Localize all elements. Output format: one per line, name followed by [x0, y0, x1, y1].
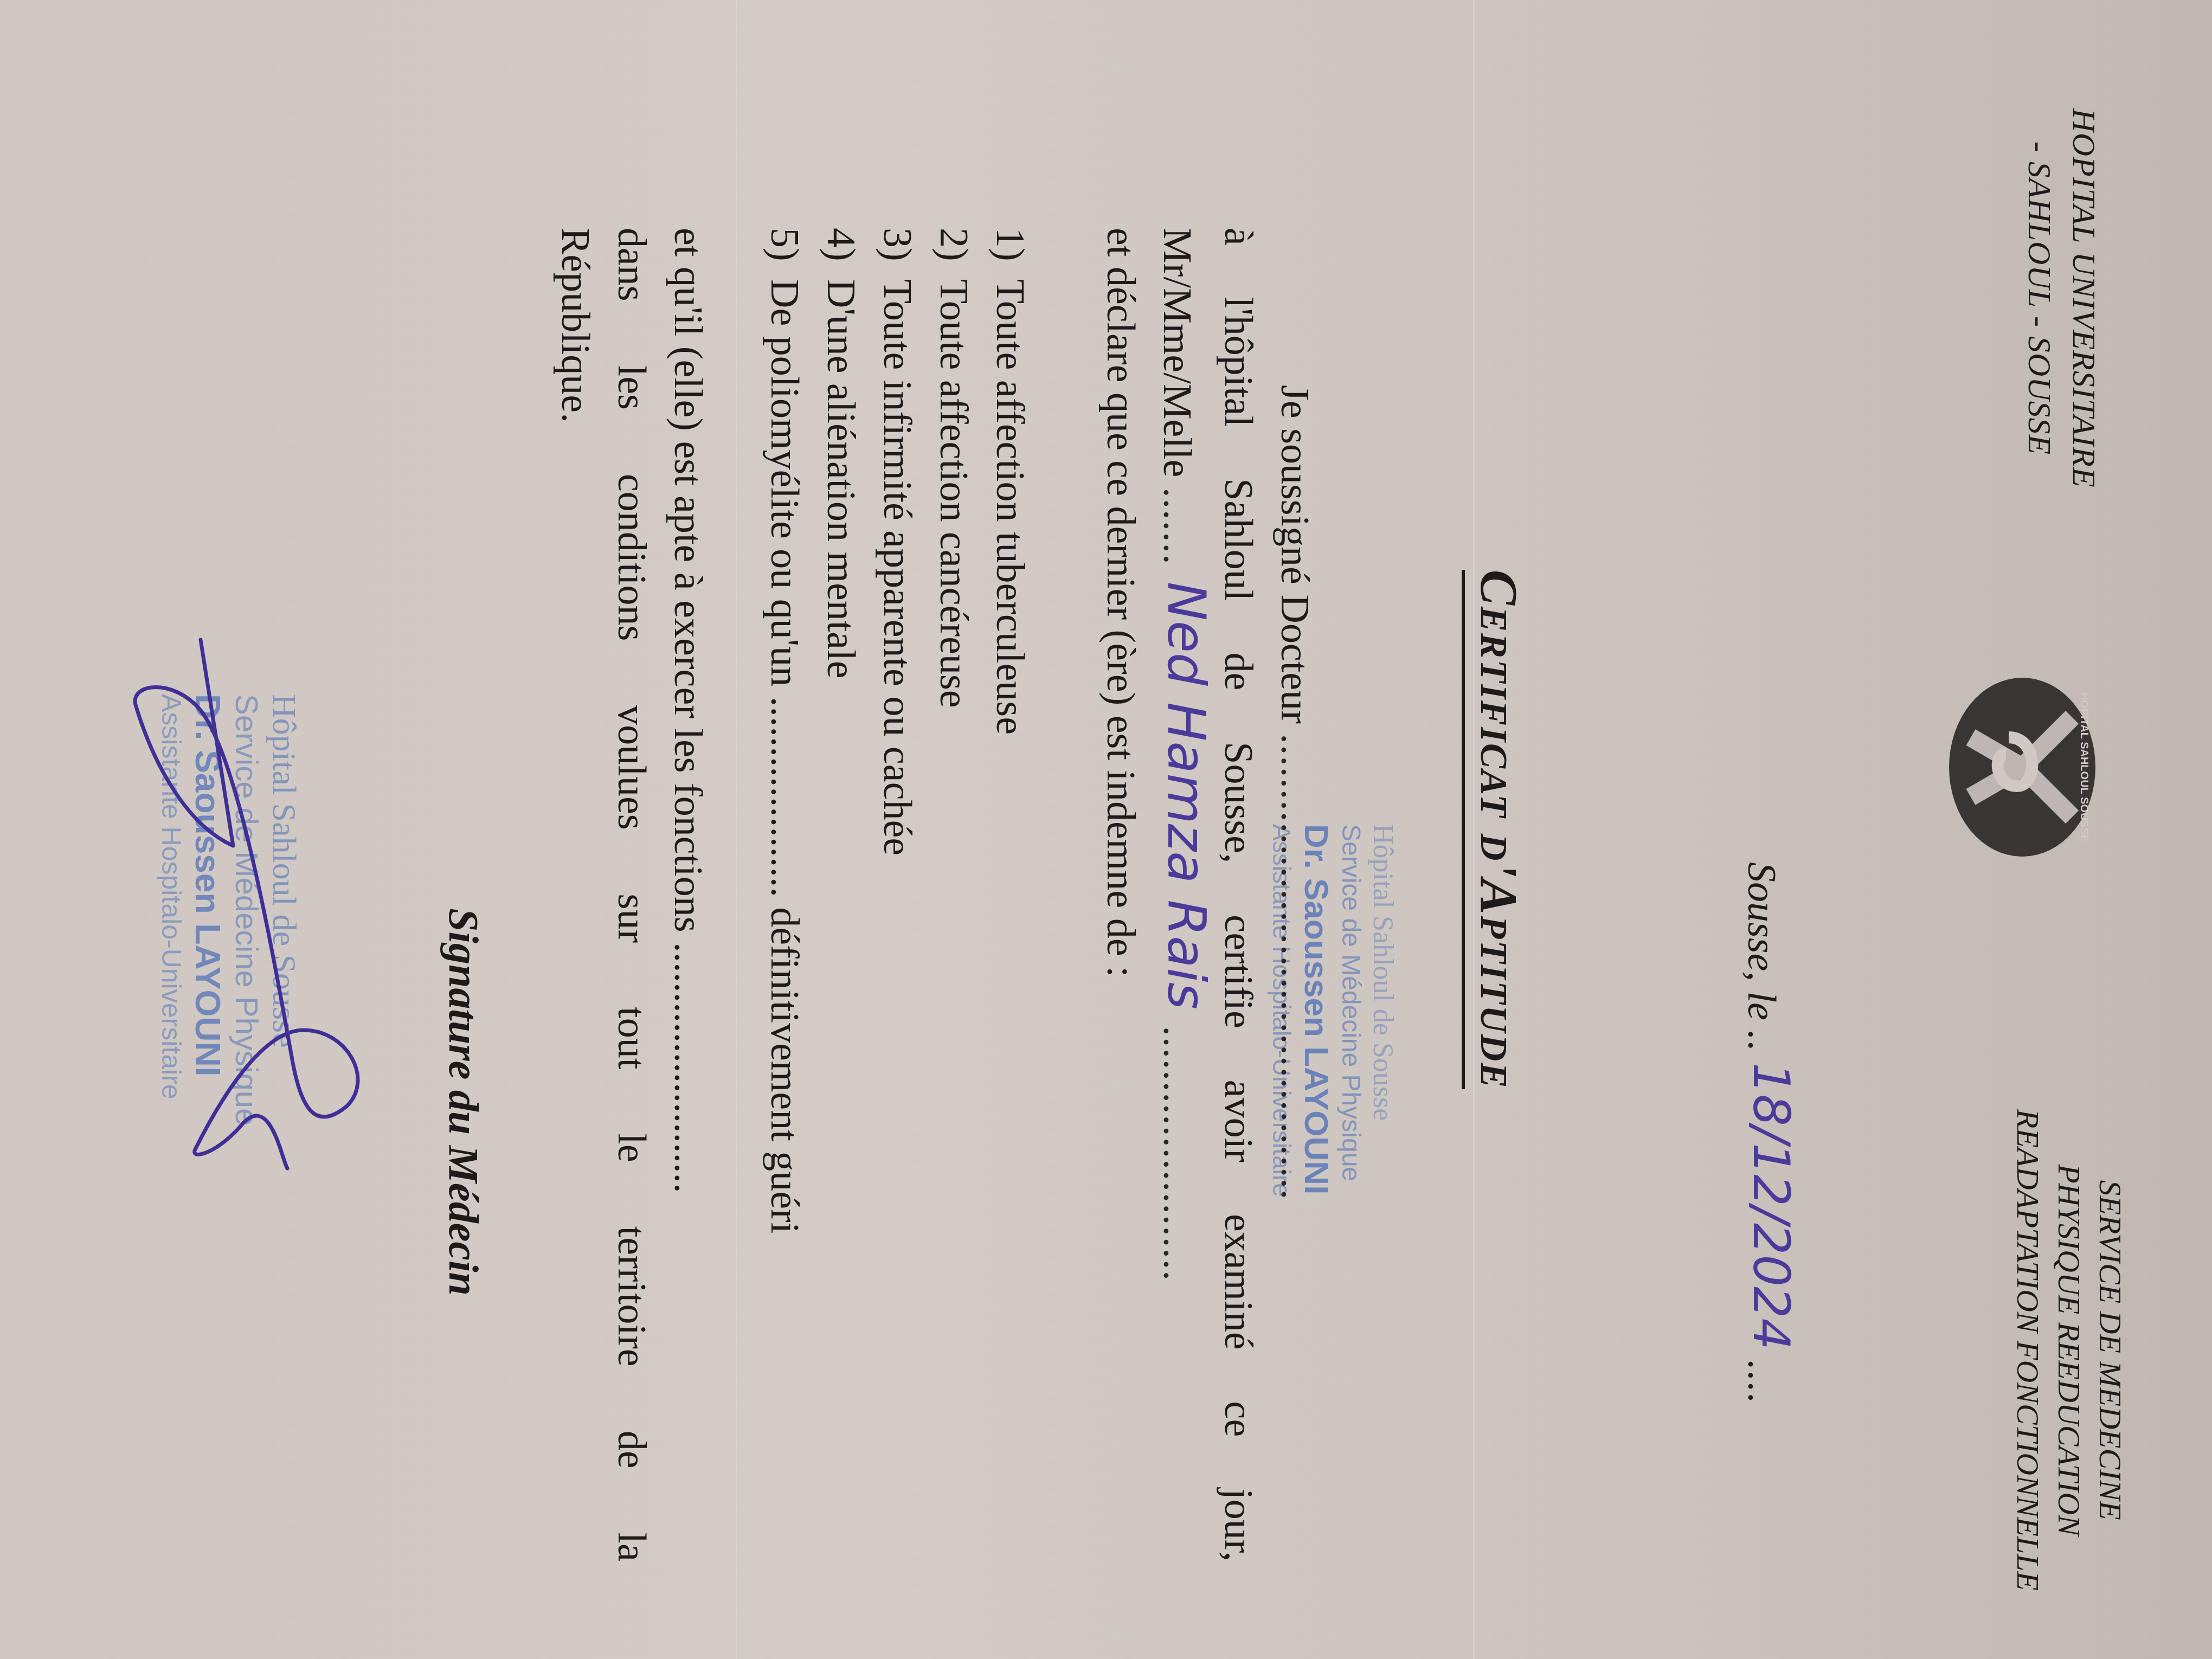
- hospital-name-line: - SAHLOUL - SOUSSE: [2017, 76, 2062, 520]
- patient-label: Mr/Mme/Melle: [1155, 228, 1199, 477]
- condition-number: 3): [869, 228, 925, 279]
- patient-field-dots: .......: [1155, 487, 1199, 565]
- stamp-hospital: Hôpital Sahloul de Sousse: [1366, 824, 1399, 1197]
- conclusion-line: République.: [547, 228, 603, 1561]
- condition-number: 5): [756, 228, 813, 279]
- body-line: Je soussigné Docteur ...................…: [1266, 228, 1323, 1561]
- signature-section: Signature du Médecin: [439, 0, 488, 1659]
- doctor-field: ........................................…: [1272, 734, 1317, 1200]
- condition-text: Toute affection tuberculeuse: [982, 279, 1038, 735]
- hospital-sahloul-emblem-icon: HOPITAL SAHLOUL SOUSSE: [1941, 672, 2104, 862]
- stamp-service: Service de Médecine Physique: [1335, 824, 1366, 1197]
- certificate-title-text: Certificat d'Aptitude: [1462, 570, 1529, 1090]
- condition-item: 2) Toute affection cancéreuse: [925, 228, 982, 1561]
- body-line: et déclare que ce dernier (ère) est inde…: [1092, 228, 1149, 1561]
- patient-field-dots: .......................: [1155, 1026, 1199, 1282]
- doctor-signature: [76, 618, 380, 1171]
- department-name: SERVICE DE MEDECINE PHYSIQUE REEDUCATION…: [2007, 1079, 2131, 1621]
- condition-text: De poliomyélite ou qu'un ...............…: [756, 279, 813, 1233]
- body-line: Mr/Mme/Melle ....... Ned Hamza Rais ....…: [1149, 228, 1210, 1561]
- condition-item: 4) D'une aliénation mentale: [813, 228, 869, 1561]
- condition-item: 3) Toute infirmité apparente ou cachée: [869, 228, 925, 1561]
- department-name-line: PHYSIQUE REEDUCATION: [2048, 1079, 2089, 1621]
- signature-label: Signature du Médecin: [439, 908, 488, 1296]
- body-line: à l'hôpital Sahloul de Sousse, certifie …: [1210, 228, 1266, 1561]
- date-prefix: Sousse, le: [1739, 862, 1784, 1020]
- svg-text:HOPITAL SAHLOUL SOUSSE: HOPITAL SAHLOUL SOUSSE: [2078, 692, 2090, 843]
- date-line: Sousse, le .. 18/12/2024 ....: [1737, 862, 1795, 1405]
- certificate-document: HOPITAL UNIVERSITAIRE - SAHLOUL - SOUSSE…: [0, 0, 2212, 1659]
- handwritten-date: 18/12/2024: [1742, 1063, 1800, 1350]
- date-dots: ..: [1739, 1030, 1784, 1052]
- condition-number: 2): [925, 228, 982, 279]
- certificate-title: Certificat d'Aptitude: [1462, 0, 1529, 1659]
- doctor-label: Je soussigné Docteur: [1272, 385, 1317, 724]
- conclusion-line: dans les conditions voulues sur tout le …: [603, 228, 660, 1561]
- conclusion-line: et qu'il (elle) est apte à exercer les f…: [660, 228, 716, 1561]
- patient-name-handwritten: Ned Hamza Rais: [1156, 582, 1217, 1009]
- condition-number: 4): [813, 228, 869, 279]
- condition-item: 5) De poliomyélite ou qu'un ............…: [756, 228, 813, 1561]
- condition-text: Toute infirmité apparente ou cachée: [869, 279, 925, 856]
- department-name-line: SERVICE DE MEDECINE: [2089, 1079, 2131, 1621]
- condition-text: D'une aliénation mentale: [813, 279, 869, 679]
- date-dots: ....: [1739, 1360, 1784, 1405]
- hospital-name: HOPITAL UNIVERSITAIRE - SAHLOUL - SOUSSE: [2017, 76, 2106, 520]
- conditions-list: 1) Toute affection tuberculeuse 2) Toute…: [756, 228, 1038, 1561]
- condition-number: 1): [982, 228, 1038, 279]
- condition-item: 1) Toute affection tuberculeuse: [982, 228, 1038, 1561]
- condition-text: Toute affection cancéreuse: [925, 279, 982, 708]
- hospital-name-line: HOPITAL UNIVERSITAIRE: [2062, 76, 2106, 520]
- certificate-body: Je soussigné Docteur ...................…: [547, 228, 1323, 1561]
- department-name-line: READAPTATION FONCTIONNELLE: [2007, 1079, 2048, 1621]
